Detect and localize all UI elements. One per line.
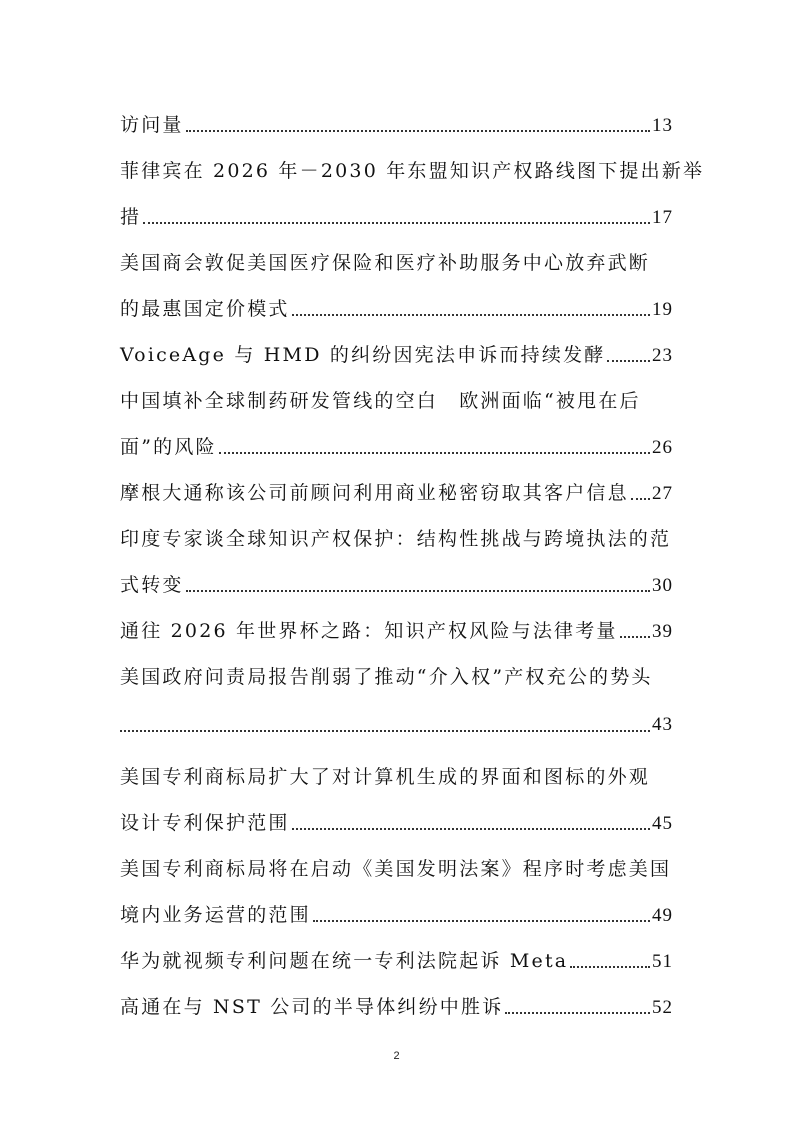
toc-entry-title: 美国政府问责局报告削弱了推动“介入权”产权充公的势头 (120, 662, 653, 692)
toc-page-number: 19 (652, 295, 673, 325)
toc-entry-title: 境内业务运营的范围 (120, 900, 311, 930)
toc-entry-2-line-1[interactable]: 菲律宾在 2026 年－2030 年东盟知识产权路线图下提出新举 (120, 156, 673, 186)
toc-page-number: 17 (652, 203, 673, 233)
toc-page-number: 49 (652, 901, 673, 931)
toc-entry-12[interactable]: 华为就视频专利问题在统一专利法院起诉 Meta 51 (120, 946, 673, 976)
toc-entry-13[interactable]: 高通在与 NST 公司的半导体纠纷中胜诉 52 (120, 992, 673, 1022)
dot-leader (631, 498, 650, 500)
dot-leader (570, 966, 650, 968)
toc-entry-title: 设计专利保护范围 (120, 808, 290, 838)
toc-entry-title: 中国填补全球制药研发管线的空白 欧洲面临“被甩在后 (120, 386, 641, 416)
dot-leader (120, 730, 650, 732)
toc-page-number: 43 (652, 710, 673, 740)
toc-entry-10-line-1[interactable]: 美国专利商标局扩大了对计算机生成的界面和图标的外观 (120, 762, 673, 792)
toc-entry-title: 华为就视频专利问题在统一专利法院起诉 Meta (120, 946, 568, 976)
dot-leader (292, 828, 650, 830)
toc-page-number: 30 (652, 571, 673, 601)
toc-page-number: 39 (652, 617, 673, 647)
toc-entry-7-line-1[interactable]: 印度专家谈全球知识产权保护：结构性挑战与跨境执法的范 (120, 524, 673, 554)
toc-entry-6[interactable]: 摩根大通称该公司前顾问利用商业秘密窃取其客户信息 27 (120, 478, 673, 508)
toc-entry-title: 美国商会敦促美国医疗保险和医疗补助服务中心放弃武断 (120, 248, 650, 278)
toc-entry-11-line-2[interactable]: 境内业务运营的范围 49 (120, 900, 673, 930)
toc-entry-10-line-2[interactable]: 设计专利保护范围 45 (120, 808, 673, 838)
toc-entry-title: VoiceAge 与 HMD 的纠纷因宪法申诉而持续发酵 (120, 340, 605, 370)
toc-entry-title: 美国专利商标局扩大了对计算机生成的界面和图标的外观 (120, 762, 650, 792)
toc-entry-title: 面”的风险 (120, 432, 217, 462)
toc-entry-title: 措 (120, 202, 141, 232)
dot-leader (607, 360, 650, 362)
toc-entry-title: 印度专家谈全球知识产权保护：结构性挑战与跨境执法的范 (120, 524, 671, 554)
toc-entry-3-line-2[interactable]: 的最惠国定价模式 19 (120, 294, 673, 324)
toc-page-number: 13 (652, 111, 673, 141)
toc-page-number: 27 (652, 479, 673, 509)
toc-entry-9-line-2[interactable]: 43 (120, 710, 673, 740)
toc-page-number: 23 (652, 341, 673, 371)
dot-leader (292, 314, 650, 316)
dot-leader (186, 130, 650, 132)
dot-leader (313, 920, 650, 922)
dot-leader (620, 636, 650, 638)
toc-entry-title: 的最惠国定价模式 (120, 294, 290, 324)
toc-entry-title: 美国专利商标局将在启动《美国发明法案》程序时考虑美国 (120, 854, 671, 884)
toc-page-number: 52 (652, 993, 673, 1023)
toc-entry-title: 摩根大通称该公司前顾问利用商业秘密窃取其客户信息 (120, 478, 629, 508)
dot-leader (143, 222, 650, 224)
page-footer-number: 2 (0, 1050, 793, 1062)
dot-leader (219, 452, 650, 454)
toc-entry-7-line-2[interactable]: 式转变 30 (120, 570, 673, 600)
toc-entry-1[interactable]: 访问量 13 (120, 110, 673, 140)
toc-page-number: 51 (652, 947, 673, 977)
toc-entry-9-line-1[interactable]: 美国政府问责局报告削弱了推动“介入权”产权充公的势头 (120, 662, 673, 692)
toc-entry-5-line-2[interactable]: 面”的风险 26 (120, 432, 673, 462)
dot-leader (186, 590, 650, 592)
document-page: 访问量 13 菲律宾在 2026 年－2030 年东盟知识产权路线图下提出新举 … (0, 0, 793, 1122)
toc-entry-8[interactable]: 通往 2026 年世界杯之路：知识产权风险与法律考量 39 (120, 616, 673, 646)
toc-entry-3-line-1[interactable]: 美国商会敦促美国医疗保险和医疗补助服务中心放弃武断 (120, 248, 673, 278)
toc-entry-title: 通往 2026 年世界杯之路：知识产权风险与法律考量 (120, 616, 618, 646)
toc-entry-5-line-1[interactable]: 中国填补全球制药研发管线的空白 欧洲面临“被甩在后 (120, 386, 673, 416)
toc-entry-title: 菲律宾在 2026 年－2030 年东盟知识产权路线图下提出新举 (120, 156, 704, 186)
dot-leader (505, 1012, 650, 1014)
toc-entry-4[interactable]: VoiceAge 与 HMD 的纠纷因宪法申诉而持续发酵 23 (120, 340, 673, 370)
toc-entry-title: 式转变 (120, 570, 184, 600)
toc-page-number: 26 (652, 433, 673, 463)
toc-entry-2-line-2[interactable]: 措 17 (120, 202, 673, 232)
toc-entry-title: 高通在与 NST 公司的半导体纠纷中胜诉 (120, 992, 503, 1022)
toc-entry-title: 访问量 (120, 110, 184, 140)
toc-entry-11-line-1[interactable]: 美国专利商标局将在启动《美国发明法案》程序时考虑美国 (120, 854, 673, 884)
toc-page-number: 45 (652, 809, 673, 839)
